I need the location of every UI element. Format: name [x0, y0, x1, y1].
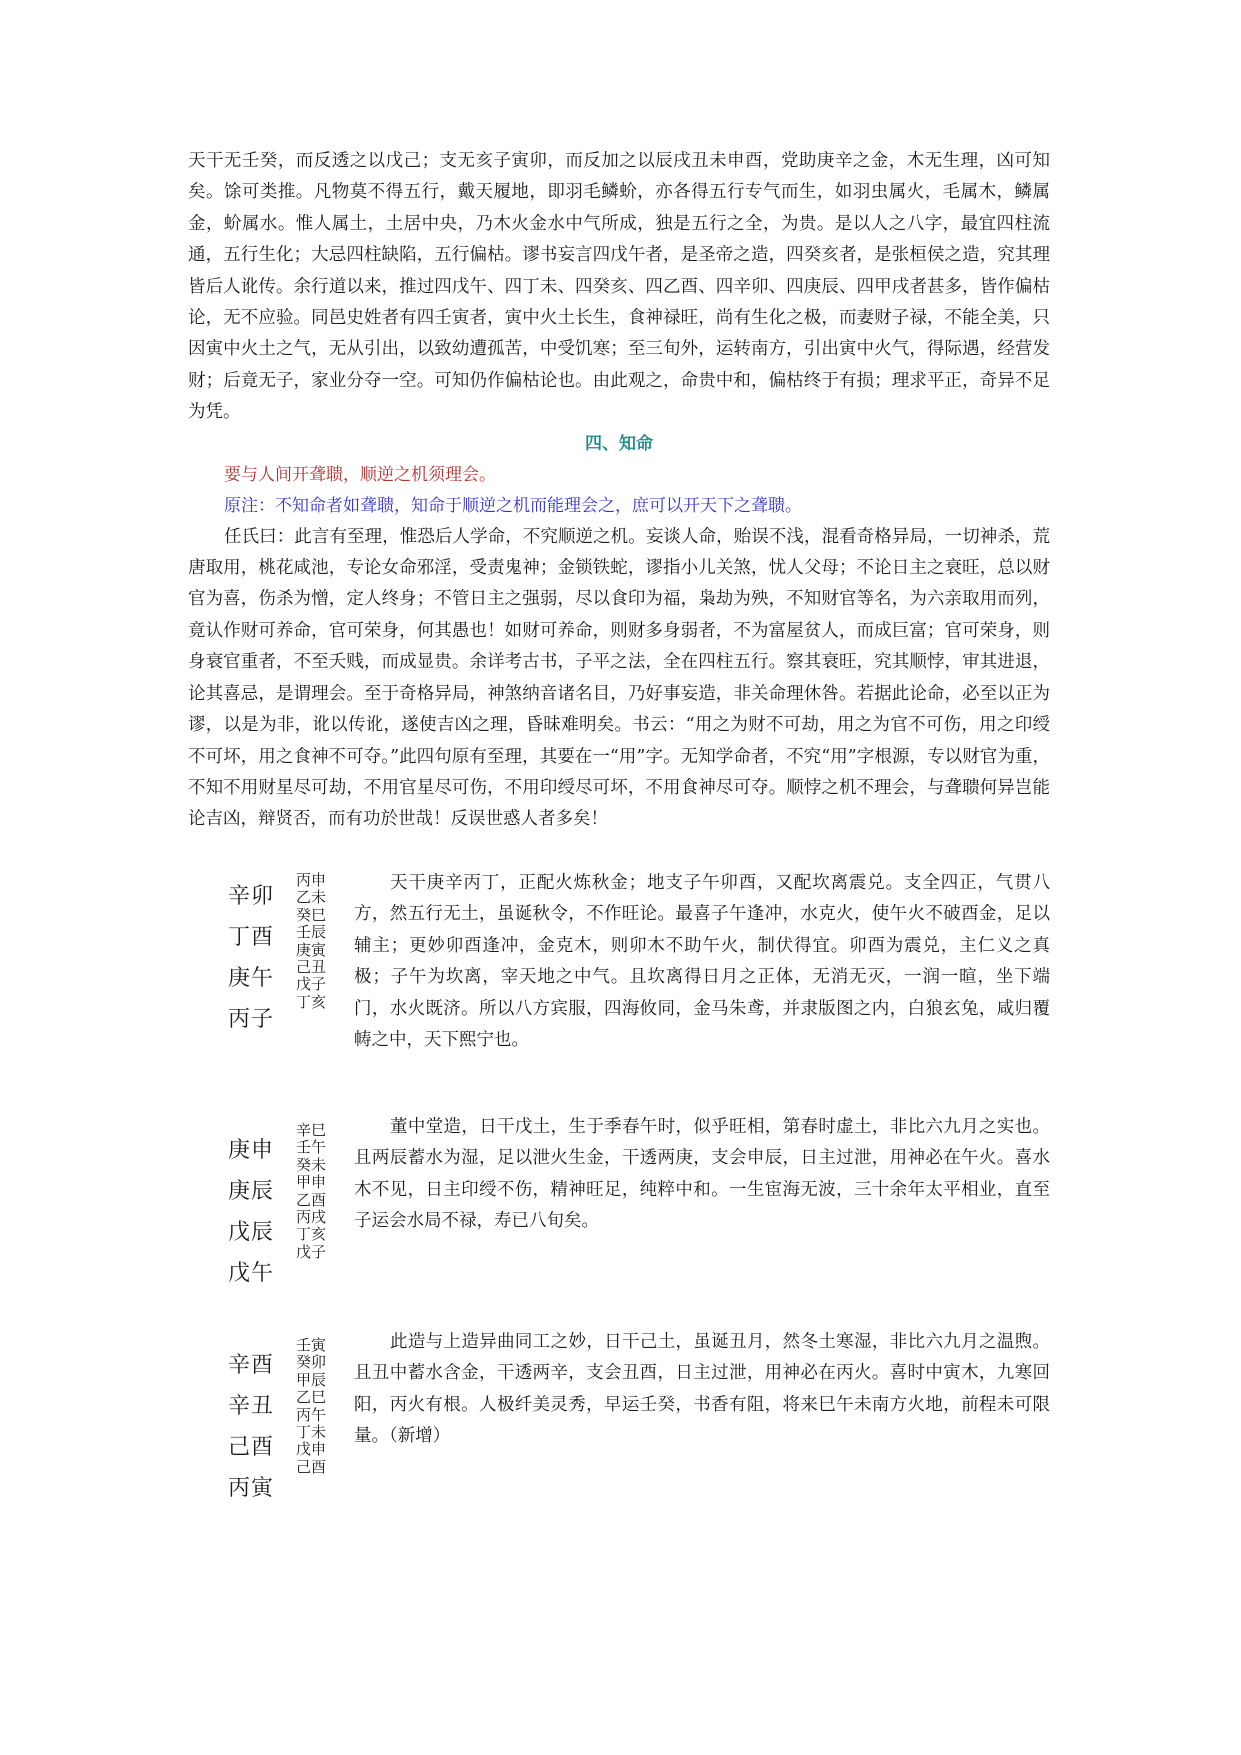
document-page: 天干无壬癸，而反透之以戊己；支无亥子寅卯，而反加之以辰戌丑未申酉，党助庚辛之金，…: [188, 146, 1050, 836]
luck-pillar: 丁未: [296, 1424, 326, 1441]
pillar-day: 戊辰: [228, 1212, 274, 1253]
four-pillars: 辛卯 丁酉 庚午 丙子: [228, 876, 274, 1040]
luck-pillar: 壬辰: [296, 924, 326, 941]
pillar-month: 庚辰: [228, 1171, 274, 1212]
luck-pillar: 戊申: [296, 1441, 326, 1458]
intro-paragraph: 天干无壬癸，而反透之以戊己；支无亥子寅卯，而反加之以辰戌丑未申酉，党助庚辛之金，…: [188, 146, 1050, 429]
section-heading: 四、知命: [188, 429, 1050, 460]
luck-pillar: 丙午: [296, 1407, 326, 1424]
luck-pillar: 戊子: [296, 976, 326, 993]
case-analysis: 董中堂造，日干戊土，生于季春午时，似乎旺相，第春时虚土，非比六九月之实也。且两辰…: [354, 1112, 1050, 1238]
four-pillars: 庚申 庚辰 戊辰 戊午: [228, 1130, 274, 1294]
luck-pillar: 壬寅: [296, 1337, 326, 1354]
luck-pillar: 丙戌: [296, 1209, 326, 1226]
pillar-year: 庚申: [228, 1130, 274, 1171]
luck-pillar: 乙未: [296, 889, 326, 906]
luck-pillars: 辛巳 壬午 癸未 甲申 乙酉 丙戌 丁亥 戊子: [296, 1122, 326, 1261]
luck-pillar: 丁亥: [296, 994, 326, 1011]
luck-pillar: 己酉: [296, 1459, 326, 1476]
pillar-day: 己酉: [228, 1427, 274, 1468]
pillar-month: 丁酉: [228, 917, 274, 958]
luck-pillar: 甲辰: [296, 1372, 326, 1389]
verse-line: 要与人间开聋聩，顺逆之机须理会。: [188, 460, 1050, 491]
luck-pillar: 己丑: [296, 959, 326, 976]
luck-pillar: 壬午: [296, 1139, 326, 1156]
pillar-hour: 丙寅: [228, 1468, 274, 1509]
pillar-hour: 戊午: [228, 1253, 274, 1294]
luck-pillar: 乙巳: [296, 1389, 326, 1406]
pillar-month: 辛丑: [228, 1386, 274, 1427]
luck-pillar: 丙申: [296, 872, 326, 889]
luck-pillars: 丙申 乙未 癸巳 壬辰 庚寅 己丑 戊子 丁亥: [296, 872, 326, 1011]
luck-pillar: 癸巳: [296, 907, 326, 924]
luck-pillar: 甲申: [296, 1174, 326, 1191]
pillar-day: 庚午: [228, 958, 274, 999]
four-pillars: 辛酉 辛丑 己酉 丙寅: [228, 1345, 274, 1509]
pillar-hour: 丙子: [228, 999, 274, 1040]
luck-pillar: 戊子: [296, 1244, 326, 1261]
case-analysis: 此造与上造异曲同工之妙，日干己土，虽诞丑月，然冬土寒湿，非比六九月之温煦。且丑中…: [354, 1327, 1050, 1453]
luck-pillar: 庚寅: [296, 942, 326, 959]
luck-pillar: 丁亥: [296, 1226, 326, 1243]
luck-pillar: 辛巳: [296, 1122, 326, 1139]
luck-pillar: 癸未: [296, 1157, 326, 1174]
case-analysis: 天干庚辛丙丁，正配火炼秋金；地支子午卯酉，又配坎离震兑。支全四正，气贯八方，然五…: [354, 868, 1050, 1056]
luck-pillars: 壬寅 癸卯 甲辰 乙巳 丙午 丁未 戊申 己酉: [296, 1337, 326, 1476]
luck-pillar: 乙酉: [296, 1192, 326, 1209]
commentary-paragraph: 任氏曰：此言有至理，惟恐后人学命，不究顺逆之机。妄谈人命，贻误不浅，混看奇格异局…: [188, 522, 1050, 836]
original-note: 原注：不知命者如聋聩，知命于顺逆之机而能理会之，庶可以开天下之聋聩。: [188, 491, 1050, 522]
pillar-year: 辛卯: [228, 876, 274, 917]
luck-pillar: 癸卯: [296, 1354, 326, 1371]
pillar-year: 辛酉: [228, 1345, 274, 1386]
